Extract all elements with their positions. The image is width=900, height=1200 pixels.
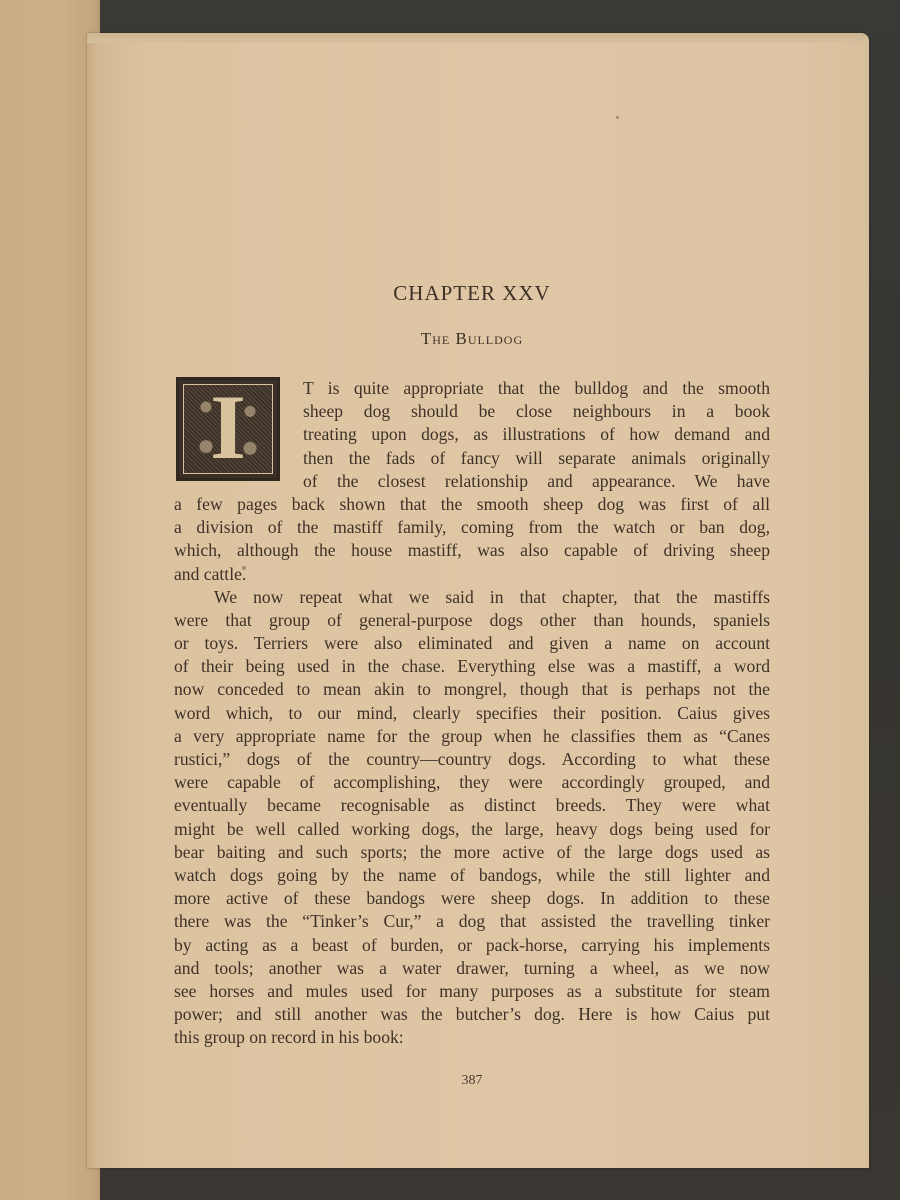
- left-facing-page: [0, 0, 100, 1200]
- text-line: of the closest relationship and appearan…: [303, 470, 770, 493]
- text-line: were that group of general-purpose dogs …: [174, 609, 770, 632]
- text-line: were capable of accomplishing, they were…: [174, 771, 770, 794]
- text-line: see horses and mules used for many purpo…: [174, 980, 770, 1003]
- text-line: eventually became recognisable as distin…: [174, 794, 770, 817]
- text-line: by acting as a beast of burden, or pack-…: [174, 934, 770, 957]
- text-line: word which, to our mind, clearly specifi…: [174, 702, 770, 725]
- text-line: then the fads of fancy will separate ani…: [303, 447, 770, 470]
- body-text: T is quite appropriate that the bulldog …: [174, 377, 770, 1049]
- text-line: sheep dog should be close neighbours in …: [303, 400, 770, 423]
- page-top-edge: [87, 33, 869, 43]
- text-line: of their being used in the chase. Everyt…: [174, 655, 770, 678]
- text-line: there was the “Tinker’s Cur,” a dog that…: [174, 910, 770, 933]
- text-line: rustici,” dogs of the country—country do…: [174, 748, 770, 771]
- text-line: this group on record in his book:: [174, 1026, 770, 1049]
- text-line: a division of the mastiff family, coming…: [174, 516, 770, 539]
- text-line: treating upon dogs, as illustrations of …: [303, 423, 770, 446]
- text-line: T is quite appropriate that the bulldog …: [303, 377, 770, 400]
- section-heading: The Bulldog: [174, 329, 770, 349]
- text-line: or toys. Terriers were also eliminated a…: [174, 632, 770, 655]
- text-line: We now repeat what we said in that chapt…: [174, 586, 770, 609]
- text-line: which, although the house mastiff, was a…: [174, 539, 770, 562]
- page-number: 387: [174, 1073, 770, 1089]
- text-line: watch dogs going by the name of bandogs,…: [174, 864, 770, 887]
- text-line: might be well called working dogs, the l…: [174, 818, 770, 841]
- text-line: power; and still another was the butcher…: [174, 1003, 770, 1026]
- text-line: a few pages back shown that the smooth s…: [174, 493, 770, 516]
- paper-foxing-spot: [242, 566, 246, 570]
- text-line: bear baiting and such sports; the more a…: [174, 841, 770, 864]
- text-line: and cattle.: [174, 563, 770, 586]
- text-line: more active of these bandogs were sheep …: [174, 887, 770, 910]
- text-line: and tools; another was a water drawer, t…: [174, 957, 770, 980]
- paragraph-1: T is quite appropriate that the bulldog …: [174, 377, 770, 586]
- text-line: now conceded to mean akin to mongrel, th…: [174, 678, 770, 701]
- text-line: a very appropriate name for the group wh…: [174, 725, 770, 748]
- paragraph-2: We now repeat what we said in that chapt…: [174, 586, 770, 1050]
- book-photo-scene: CHAPTER XXV The Bulldog I T is quite app…: [0, 0, 900, 1200]
- chapter-heading: CHAPTER XXV: [174, 281, 770, 306]
- paper-foxing-spot: [616, 116, 619, 119]
- book-page: CHAPTER XXV The Bulldog I T is quite app…: [87, 33, 869, 1168]
